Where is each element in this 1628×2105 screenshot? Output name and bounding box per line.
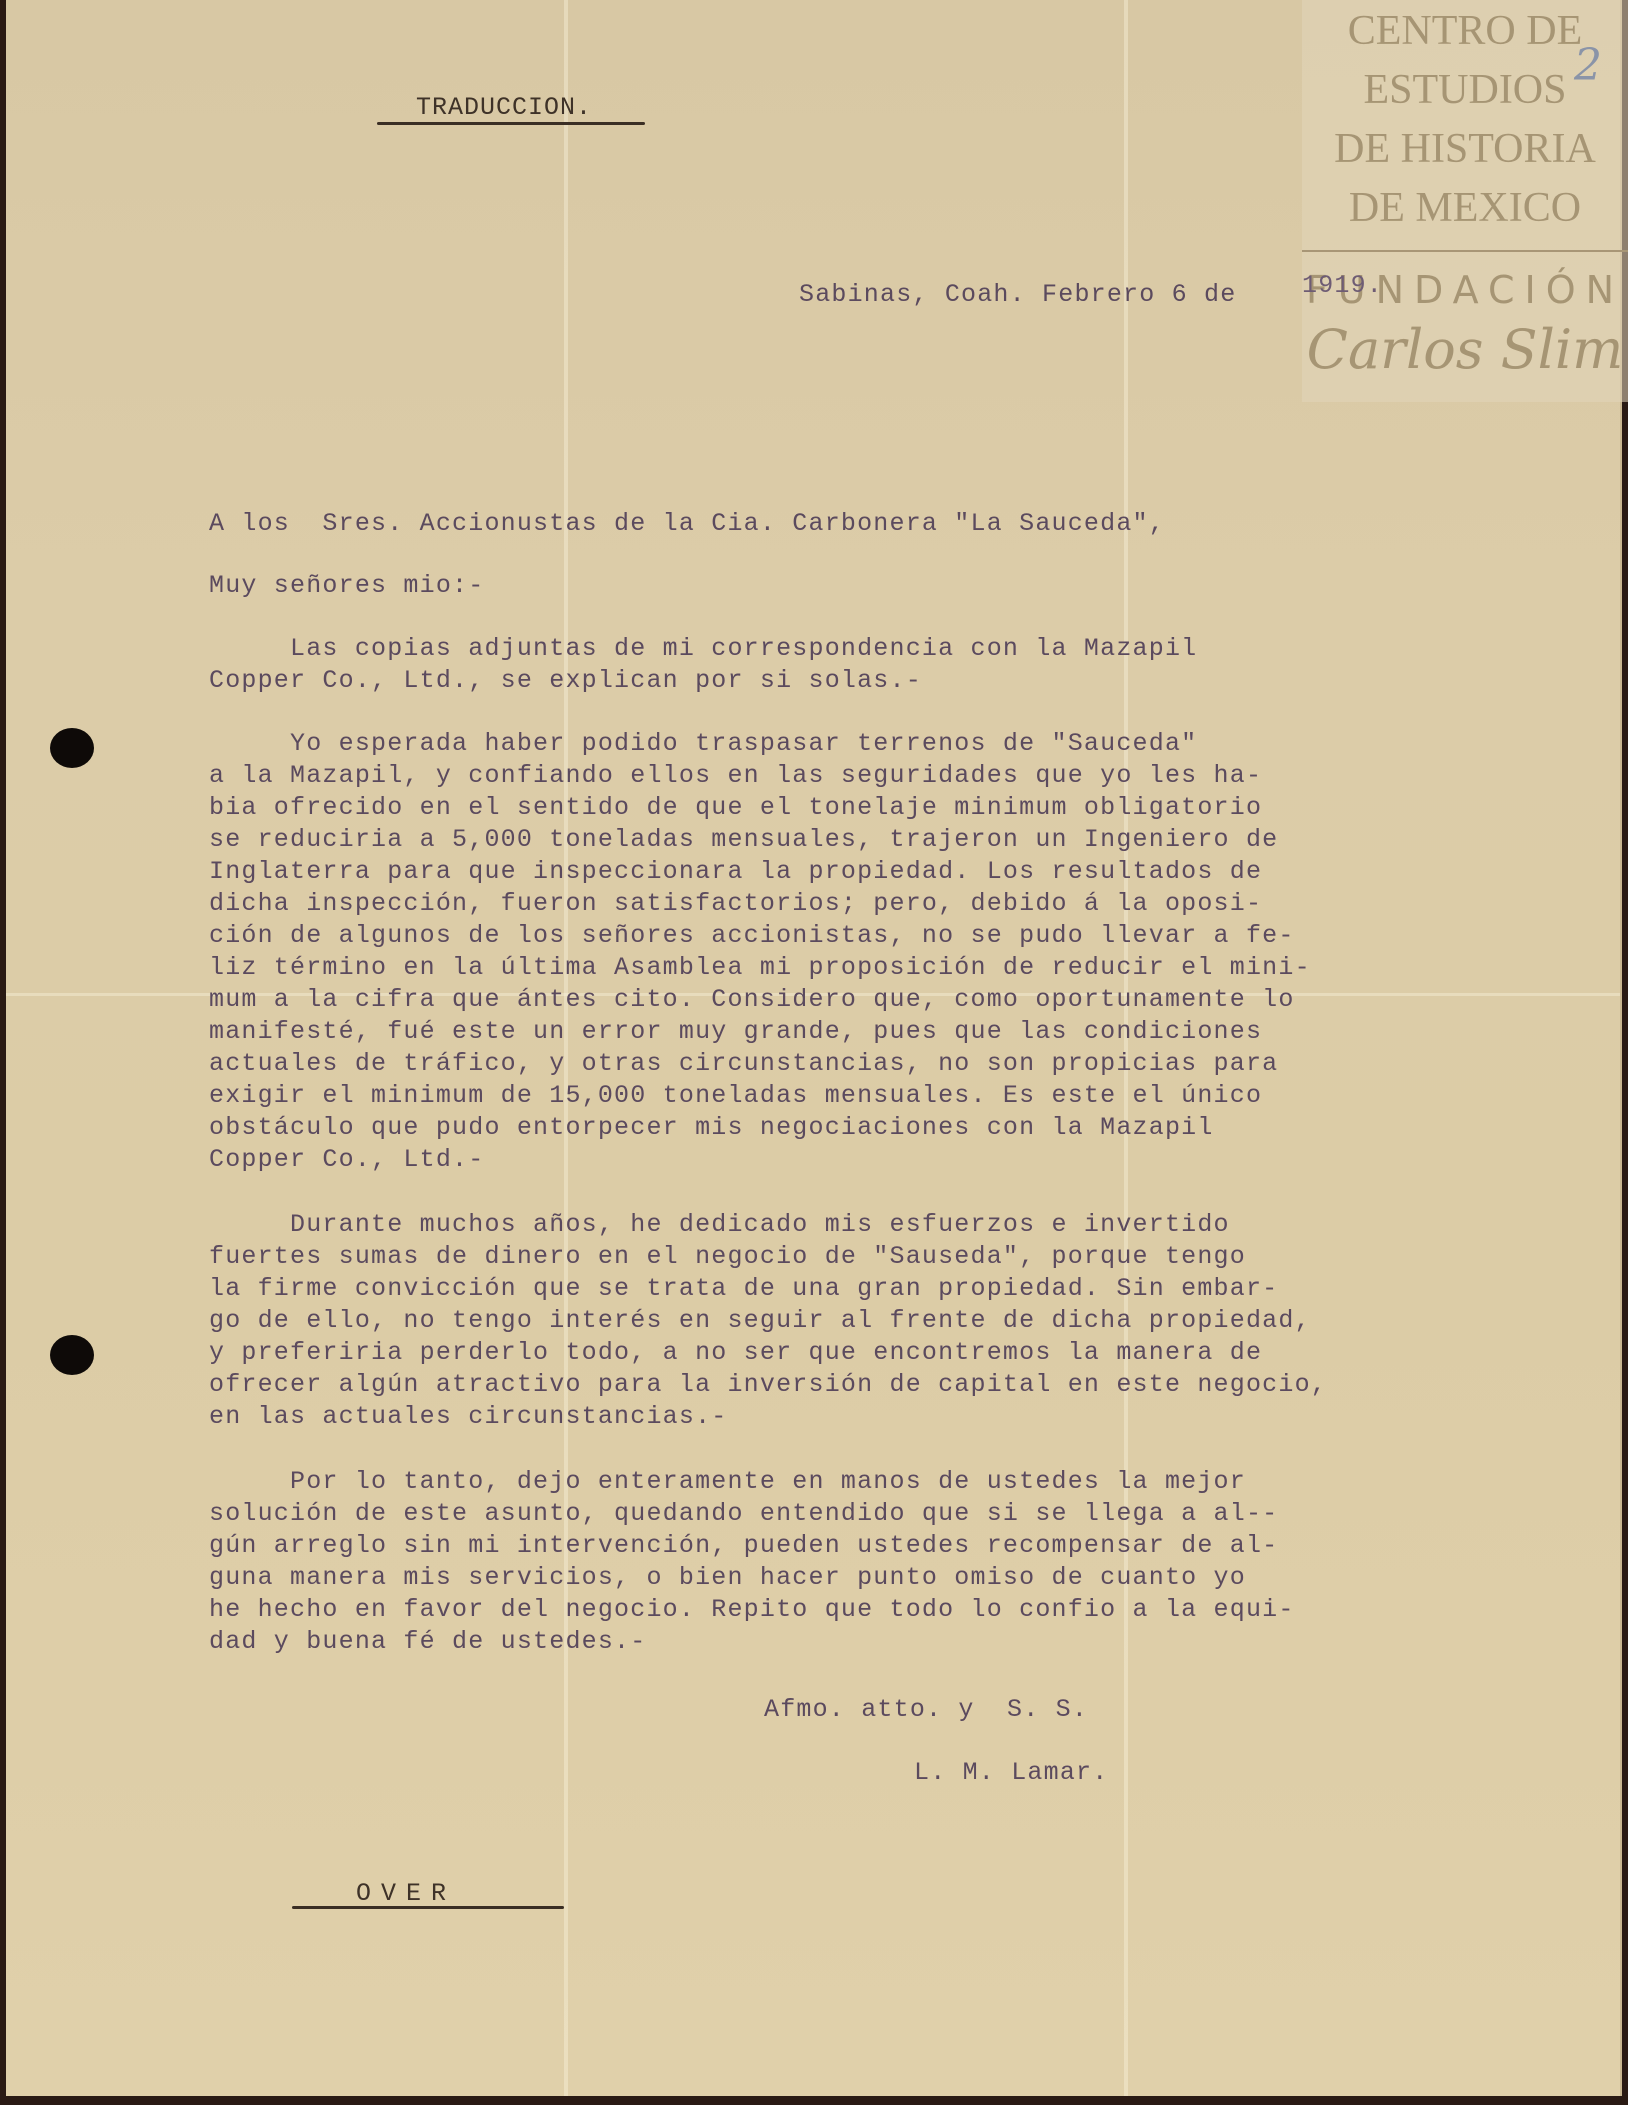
text-line: Por lo tanto, dejo enteramente en manos …: [209, 1467, 1549, 1499]
text-line: guna manera mis servicios, o bien hacer …: [209, 1563, 1549, 1595]
text-line: he hecho en favor del negocio. Repito qu…: [209, 1595, 1549, 1627]
archive-stamp: CENTRO DE ESTUDIOS DE HISTORIA DE MEXICO…: [1302, 0, 1628, 402]
over-underline: [292, 1906, 564, 1909]
text-line: Durante muchos años, he dedicado mis esf…: [209, 1210, 1549, 1242]
text-line: la firme convicción que se trata de una …: [209, 1274, 1549, 1306]
paragraph-4: Por lo tanto, dejo enteramente en manos …: [209, 1467, 1549, 1659]
closing-formula: Afmo. atto. y S. S.: [764, 1694, 1088, 1726]
text-line: Inglaterra para que inspeccionara la pro…: [209, 857, 1549, 889]
signature: L. M. Lamar.: [914, 1757, 1108, 1789]
punch-hole: [50, 1335, 94, 1375]
paragraph-2: Yo esperada haber podido traspasar terre…: [209, 729, 1549, 1177]
recipient-address: A los Sres. Accionustas de la Cia. Carbo…: [209, 508, 1165, 540]
stamp-divider: [1302, 250, 1628, 252]
heading-underline: [377, 122, 645, 125]
text-line: y preferiria perderlo todo, a no ser que…: [209, 1338, 1549, 1370]
date-line: Sabinas, Coah. Febrero 6 de: [799, 279, 1236, 311]
stamp-foundation-name: Carlos Slim: [1302, 318, 1628, 381]
punch-hole: [50, 728, 94, 768]
paragraph-1: Las copias adjuntas de mi correspondenci…: [209, 634, 1549, 698]
text-line: ofrecer algún atractivo para la inversió…: [209, 1370, 1549, 1402]
stamp-line: DE HISTORIA: [1302, 120, 1628, 179]
text-line: ción de algunos de los señores accionist…: [209, 921, 1549, 953]
text-line: actuales de tráfico, y otras circunstanc…: [209, 1049, 1549, 1081]
text-line: mum a la cifra que ántes cito. Considero…: [209, 985, 1549, 1017]
text-line: a la Mazapil, y confiando ellos en las s…: [209, 761, 1549, 793]
stamp-line: DE MEXICO: [1302, 179, 1628, 238]
text-line: manifesté, fué este un error muy grande,…: [209, 1017, 1549, 1049]
text-line: go de ello, no tengo interés en seguir a…: [209, 1306, 1549, 1338]
text-line: solución de este asunto, quedando entend…: [209, 1499, 1549, 1531]
text-line: obstáculo que pudo entorpecer mis negoci…: [209, 1113, 1549, 1145]
document-heading: TRADUCCION.: [416, 92, 592, 124]
text-line: se reduciria a 5,000 toneladas mensuales…: [209, 825, 1549, 857]
greeting: Muy señores mio:-: [209, 570, 484, 602]
date-year: 1919.: [1302, 271, 1383, 300]
text-line: bia ofrecido en el sentido de que el ton…: [209, 793, 1549, 825]
text-line: dad y buena fé de ustedes.-: [209, 1627, 1549, 1659]
text-line: Yo esperada haber podido traspasar terre…: [209, 729, 1549, 761]
text-line: Copper Co., Ltd.-: [209, 1145, 1549, 1177]
text-line: liz término en la última Asamblea mi pro…: [209, 953, 1549, 985]
paragraph-3: Durante muchos años, he dedicado mis esf…: [209, 1210, 1549, 1434]
text-line: dicha inspección, fueron satisfactorios;…: [209, 889, 1549, 921]
text-line: exigir el minimum de 15,000 toneladas me…: [209, 1081, 1549, 1113]
text-line: fuertes sumas de dinero en el negocio de…: [209, 1242, 1549, 1274]
text-line: gún arreglo sin mi intervención, pueden …: [209, 1531, 1549, 1563]
text-line: Las copias adjuntas de mi correspondenci…: [209, 634, 1549, 666]
page-number: 2: [1574, 40, 1602, 91]
text-line: Copper Co., Ltd., se explican por si sol…: [209, 666, 1549, 698]
text-line: en las actuales circunstancias.-: [209, 1402, 1549, 1434]
